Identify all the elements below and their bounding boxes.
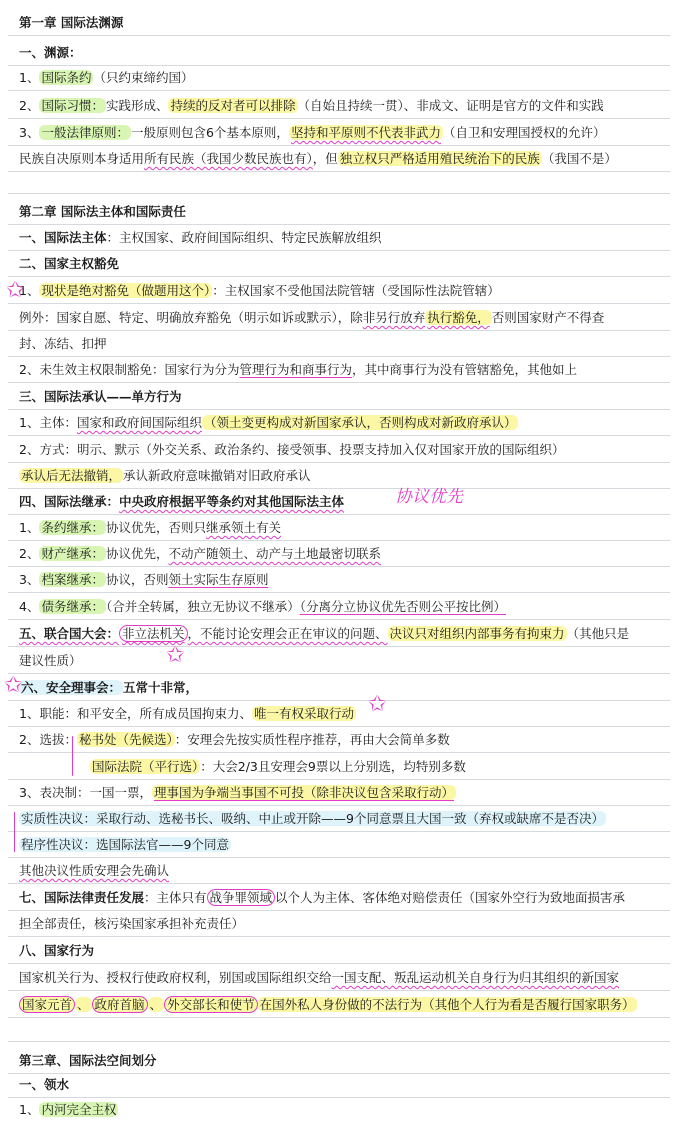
divider xyxy=(8,1041,670,1042)
item-state-act: 国家机关行为、授权行使政府权利，别国或国际组织交给一国支配、叛乱运动机关自身行为… xyxy=(8,965,670,991)
item-archive-succession: 3、档案继承：协议，否则领土实际生存原则 xyxy=(8,567,670,593)
item-state-act-officials: 国家元首、政府首脑、外交部长和使节在国外私人身份做的不法行为（其他个人行为看是否… xyxy=(8,992,670,1018)
handwritten-note: 协议优先 xyxy=(395,482,463,507)
chapter-3-title: 第三章、国际法空间划分 xyxy=(8,1048,670,1074)
star-annotation-icon: ✩ xyxy=(166,645,184,667)
brace-annotation xyxy=(14,812,15,852)
star-annotation-icon: ✩ xyxy=(4,675,22,697)
section-state-act-heading: 八、国家行为 xyxy=(8,938,670,964)
item-debt-succession: 4、债务继承：（合并全转属，独立无协议不继承）（分离分立协议优先否则公平按比例） xyxy=(8,594,670,620)
item-inland-rivers: 1、内河完全主权 xyxy=(8,1097,670,1122)
section-sources-heading: 一、渊源： xyxy=(8,40,670,66)
section-immunity-heading: 二、国家主权豁免 xyxy=(8,251,670,277)
item-self-determination: 民族自决原则本身适用所有民族（我国少数民族也有），但独立权只严格适用殖民统治下的… xyxy=(8,146,670,172)
item-icj-selection: 国际法院（平行选）：大会2/3且安理会9票以上分别选，均特别多数 xyxy=(8,754,670,780)
item-sc-function: 1、职能：和平安全，所有成员国拘束力、唯一有权采取行动 xyxy=(8,701,670,727)
item-exceptions-cont: 封、冻结、扣押 xyxy=(8,331,670,357)
section-responsibility-cont: 担全部责任，核污染国家承担补充责任） xyxy=(8,911,670,937)
item-other-resolution: 其他决议性质安理会先确认 xyxy=(8,858,670,884)
chapter-1-title: 第一章 国际法渊源 xyxy=(8,10,670,36)
section-recognition-heading: 三、国际法承认——单方行为 xyxy=(8,384,670,410)
item-exceptions: 例外：国家自愿、特定、明确放弃豁免（明示如诉或默示），除非另行放弃执行豁免，否则… xyxy=(8,305,670,331)
item-restrictive-immunity: 2、未生效主权限制豁免：国家行为分为管理行为和商事行为，其中商事行为没有管辖豁免… xyxy=(8,357,670,383)
star-annotation-icon: ✩ xyxy=(368,694,386,716)
item-sc-selection: 2、选拔：秘书处（先候选）：安理会先按实质性程序推荐，再由大会简单多数 xyxy=(8,727,670,753)
star-annotation-icon: ✩ xyxy=(6,280,24,302)
section-succession: 四、国际法继承：中央政府根据平等条约对其他国际法主体 xyxy=(8,489,670,515)
item-substantive-resolution: 实质性决议：采取行动、选秘书长、吸纳、中止或开除——9个同意票且大国一致（弃权或… xyxy=(8,806,670,832)
item-general-principles: 3、一般法律原则：一般原则包含6个基本原则，坚持和平原则不代表非武力（自卫和安理… xyxy=(8,120,670,146)
item-property-succession: 2、财产继承：协议优先，不动产随领土、动产与土地最密切联系 xyxy=(8,541,670,567)
section-territorial-waters: 一、领水 xyxy=(8,1072,670,1098)
item-treaty: 1、国际条约（只约束缔约国） xyxy=(8,65,670,91)
brace-annotation xyxy=(72,736,73,776)
item-recognition-subject: 1、主体：国家和政府间国际组织（领土变更构成对新国家承认，否则构成对新政府承认） xyxy=(8,410,670,436)
item-sc-voting: 3、表决制：一国一票，理事国为争端当事国不可投（除非决议包含采取行动） xyxy=(8,780,670,806)
item-recognition-irrevocable: 承认后无法撤销，承认新政府意味撤销对旧政府承认 xyxy=(8,463,670,489)
section-security-council: 六、安全理事会：五常十非常， xyxy=(8,675,670,701)
section-responsibility: 七、国际法律责任发展：主体只有战争罪领域以个人为主体、客体绝对赔偿责任（国家外空… xyxy=(8,885,670,911)
section-subjects: 一、国际法主体：主权国家、政府间国际组织、特定民族解放组织 xyxy=(8,225,670,251)
chapter-2-title: 第二章 国际法主体和国际责任 xyxy=(8,199,670,225)
item-custom: 2、国际习惯：实践形成、持续的反对者可以排除（自始且持续一贯）、非成文、证明是官… xyxy=(8,93,670,119)
section-general-assembly: 五、联合国大会：非立法机关，不能讨论安理会正在审议的问题、决议只对组织内部事务有… xyxy=(8,621,670,647)
item-absolute-immunity: 1、现状是绝对豁免（做题用这个）：主权国家不受他国法院管辖（受国际性法院管辖） xyxy=(8,278,670,304)
item-procedural-resolution: 程序性决议：选国际法官——9个同意 xyxy=(8,832,670,858)
item-treaty-succession: 1、条约继承：协议优先，否则只继承领土有关 xyxy=(8,515,670,541)
divider xyxy=(8,193,670,194)
section-general-assembly-cont: 建议性质） xyxy=(8,648,670,674)
item-recognition-method: 2、方式：明示、默示（外交关系、政治条约、接受领事、投票支持加入仅对国家开放的国… xyxy=(8,437,670,463)
